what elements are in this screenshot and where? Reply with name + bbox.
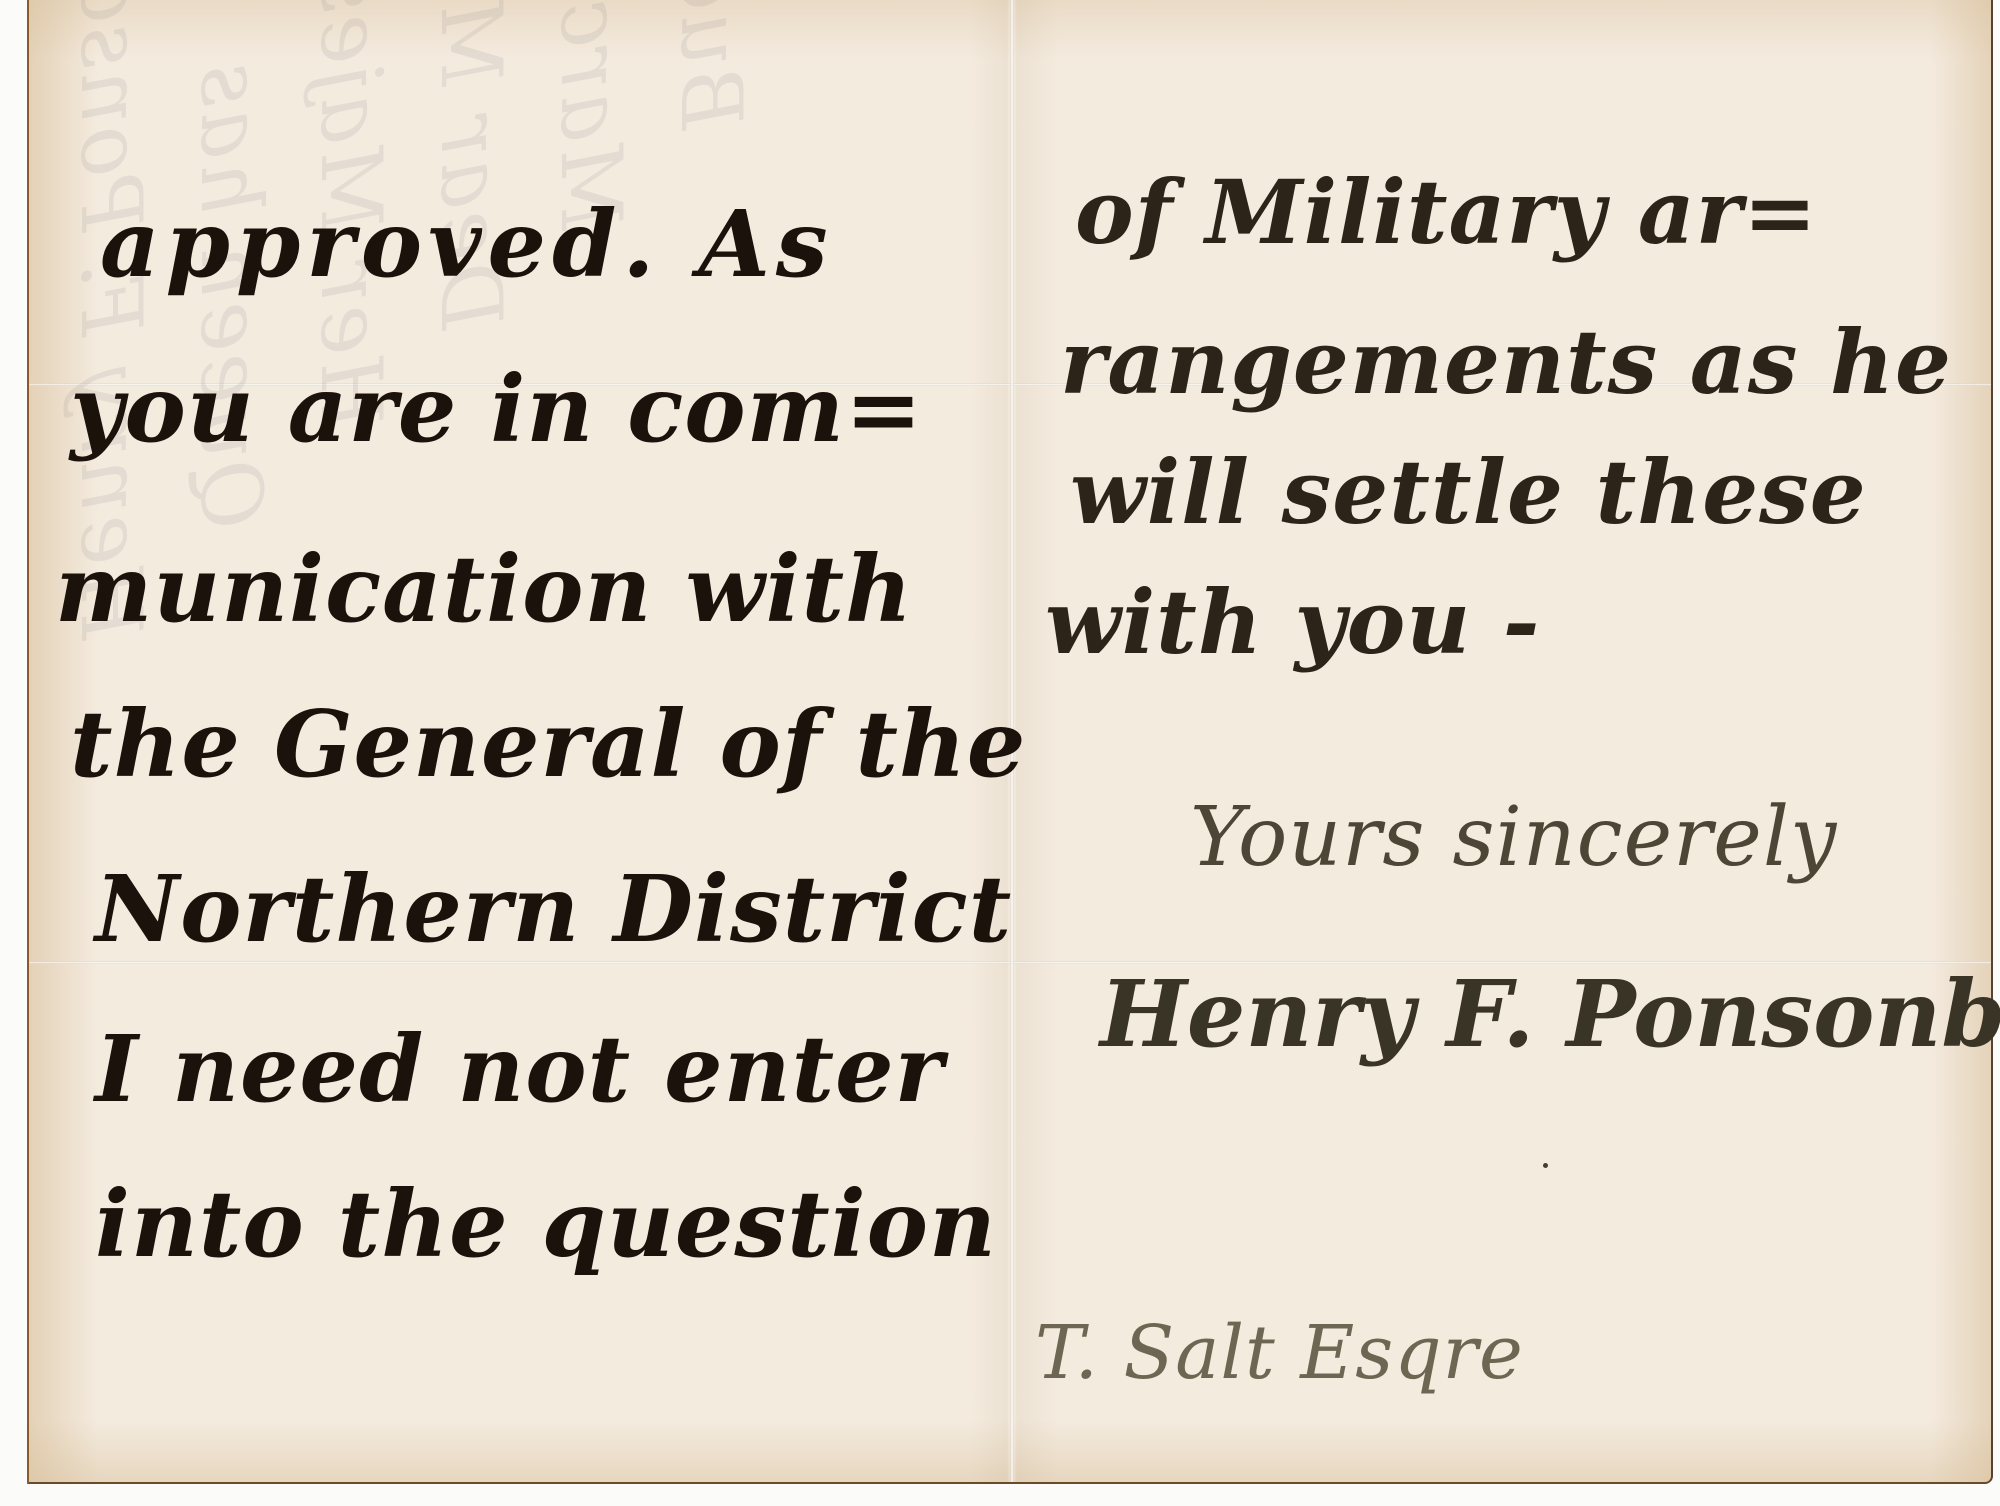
letter-line: into the question: [95, 1170, 997, 1278]
letter-line: munication with: [55, 535, 913, 643]
closing-salutation: Yours sincerely: [1190, 790, 1837, 885]
addressee: T. Salt Esqre: [1035, 1310, 1524, 1396]
letter-line: will settle these: [1070, 440, 1867, 544]
ink-speck: [1543, 1163, 1548, 1168]
letter-line: rangements as he: [1060, 310, 1952, 414]
letter-line: the General of the: [70, 690, 1026, 798]
letter-line: of Military ar=: [1075, 160, 1818, 264]
signature: Henry F. Ponsonby: [1100, 960, 2000, 1068]
letter-line: Northern District: [95, 855, 1012, 963]
letter-line: with you -: [1045, 570, 1540, 674]
letter-line: you are in com=: [70, 355, 923, 463]
letter-line: I need not enter: [95, 1015, 944, 1123]
letter-line: approved. As: [100, 190, 834, 298]
